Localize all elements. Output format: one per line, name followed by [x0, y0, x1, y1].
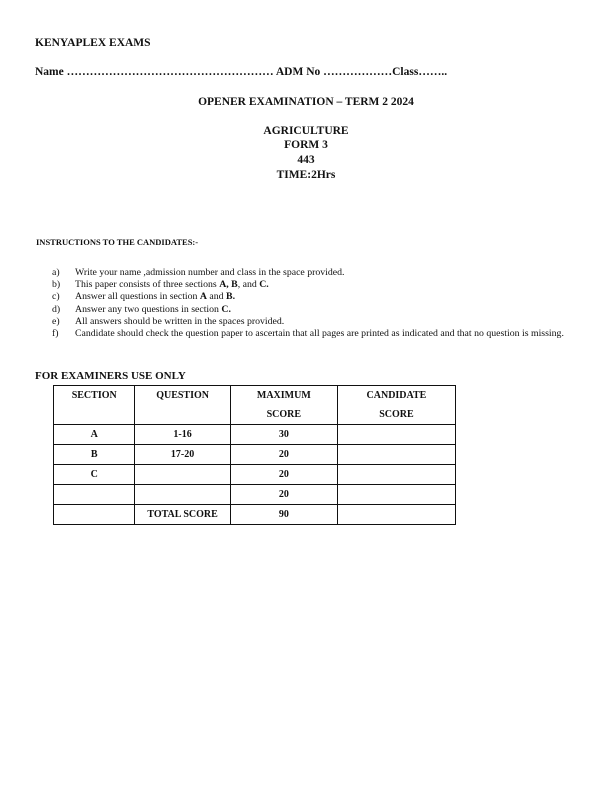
table-row: B 17-20 20	[54, 445, 456, 465]
instruction-text: Answer all questions in section A and B.	[75, 291, 582, 303]
paper-code: 443	[0, 154, 612, 166]
cell-section	[54, 505, 135, 525]
table-total-row: TOTAL SCORE 90	[54, 505, 456, 525]
cell-total-max-score: 90	[230, 505, 337, 525]
table-row: C 20	[54, 465, 456, 485]
form-label: FORM 3	[0, 139, 612, 151]
cell-section	[54, 485, 135, 505]
table-row: 20	[54, 485, 456, 505]
cell-candidate-score[interactable]	[337, 465, 455, 485]
table-row: A 1-16 30	[54, 425, 456, 445]
instruction-label: f)	[52, 328, 75, 340]
instruction-item: b) This paper consists of three sections…	[52, 279, 582, 291]
instruction-text: All answers should be written in the spa…	[75, 316, 582, 328]
instruction-label: a)	[52, 267, 75, 279]
instruction-item: f) Candidate should check the question p…	[52, 328, 582, 340]
instruction-label: c)	[52, 291, 75, 303]
cell-section: B	[54, 445, 135, 465]
cell-max-score: 20	[230, 445, 337, 465]
cell-total-label: TOTAL SCORE	[135, 505, 230, 525]
cell-question	[135, 485, 230, 505]
time-allowed: TIME:2Hrs	[0, 169, 612, 181]
column-header-section: SECTION	[54, 386, 135, 425]
cell-question: 17-20	[135, 445, 230, 465]
column-header-question: QUESTION	[135, 386, 230, 425]
examiners-score-table: SECTION QUESTION MAXIMUMSCORE CANDIDATES…	[53, 385, 456, 525]
instructions-list: a) Write your name ,admission number and…	[52, 267, 582, 340]
candidate-details-line: Name ……………………………………………… ADM No ………………Cla…	[35, 66, 447, 78]
instruction-item: a) Write your name ,admission number and…	[52, 267, 582, 279]
instruction-text: Answer any two questions in section C.	[75, 304, 582, 316]
instruction-text: This paper consists of three sections A,…	[75, 279, 582, 291]
subject-title: AGRICULTURE	[0, 125, 612, 137]
cell-section: C	[54, 465, 135, 485]
cell-candidate-score[interactable]	[337, 425, 455, 445]
cell-max-score: 20	[230, 465, 337, 485]
cell-section: A	[54, 425, 135, 445]
cell-candidate-score[interactable]	[337, 485, 455, 505]
brand-title: KENYAPLEX EXAMS	[35, 37, 151, 49]
instruction-label: e)	[52, 316, 75, 328]
instruction-text: Candidate should check the question pape…	[75, 328, 582, 340]
instruction-item: c) Answer all questions in section A and…	[52, 291, 582, 303]
instruction-label: d)	[52, 304, 75, 316]
instruction-item: d) Answer any two questions in section C…	[52, 304, 582, 316]
exam-title: OPENER EXAMINATION – TERM 2 2024	[0, 96, 612, 108]
cell-max-score: 30	[230, 425, 337, 445]
column-header-candidate-score: CANDIDATESCORE	[337, 386, 455, 425]
column-header-maximum-score: MAXIMUMSCORE	[230, 386, 337, 425]
instructions-heading: INSTRUCTIONS TO THE CANDIDATES:-	[36, 237, 198, 247]
instruction-label: b)	[52, 279, 75, 291]
instruction-item: e) All answers should be written in the …	[52, 316, 582, 328]
cell-question: 1-16	[135, 425, 230, 445]
cell-question	[135, 465, 230, 485]
cell-total-candidate-score[interactable]	[337, 505, 455, 525]
table-header-row: SECTION QUESTION MAXIMUMSCORE CANDIDATES…	[54, 386, 456, 425]
examiners-heading: FOR EXAMINERS USE ONLY	[35, 370, 186, 382]
instruction-text: Write your name ,admission number and cl…	[75, 267, 582, 279]
cell-max-score: 20	[230, 485, 337, 505]
cell-candidate-score[interactable]	[337, 445, 455, 465]
